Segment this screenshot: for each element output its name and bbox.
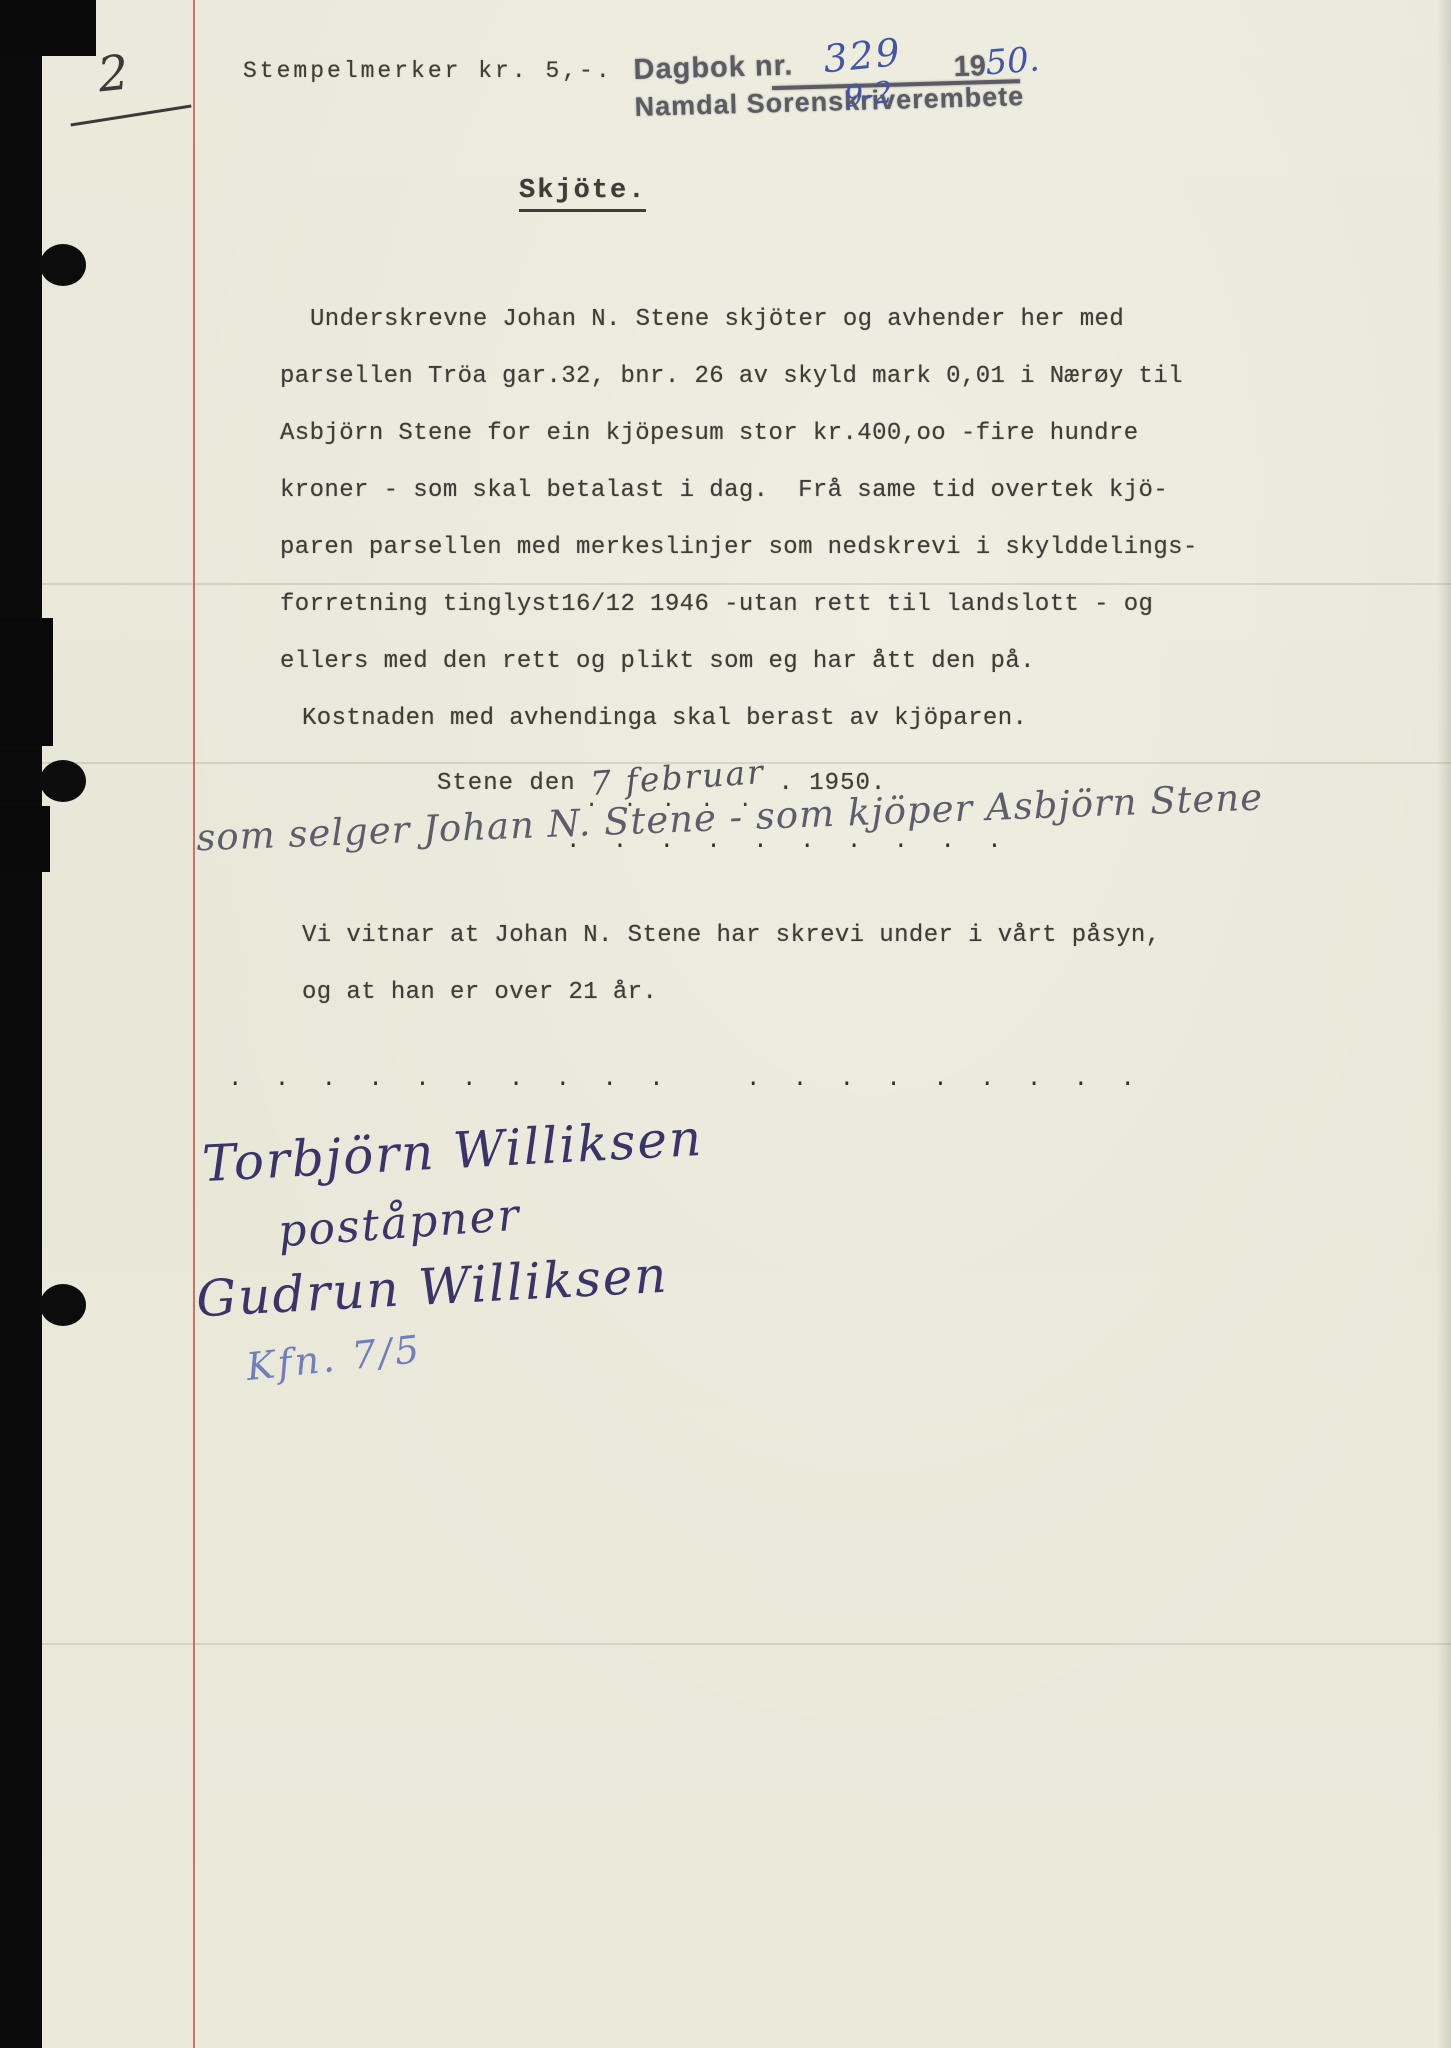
page-number: 2 — [95, 45, 131, 104]
party-dotted-line: . . . . . . . . . . — [566, 828, 1011, 855]
clerk-initials-note: Kfn. 7/5 — [244, 1327, 424, 1389]
paper-crease — [42, 1643, 1451, 1645]
stamp-duty-note: Stempelmerker kr. 5,-. — [243, 58, 613, 84]
witness2-signature: Gudrun Williksen — [195, 1246, 670, 1329]
hole-punch — [40, 760, 86, 802]
hole-punch — [40, 244, 86, 286]
hole-punch — [40, 1284, 86, 1326]
registry-stamp: Dagbok nr. 19 Namdal Sorenskriverembete … — [633, 34, 1065, 132]
paper-crease — [42, 583, 1451, 585]
body-line: Asbjörn Stene for ein kjöpesum stor kr.4… — [280, 420, 1139, 447]
witness-line: Vi vitnar at Johan N. Stene har skrevi u… — [280, 922, 1161, 949]
scanned-deed-page: 2 Stempelmerker kr. 5,-. Dagbok nr. 19 N… — [0, 0, 1451, 2048]
body-line: Underskrevne Johan N. Stene skjöter og a… — [280, 306, 1124, 333]
body-line: Kostnaden med avhendinga skal berast av … — [280, 705, 1027, 732]
signature-dotted-line-left: . . . . . . . . . . — [228, 1066, 673, 1093]
body-line: paren parsellen med merkeslinjer som ned… — [280, 534, 1198, 561]
signature-dotted-line-right: . . . . . . . . . — [746, 1066, 1144, 1093]
scan-corner-artifact — [0, 0, 96, 56]
stamp-entry-number: 329 — [821, 30, 903, 81]
scan-edge-artifact — [0, 806, 50, 872]
witness1-signature: Torbjörn Williksen — [201, 1109, 705, 1193]
stamp-year-prefix: 19 — [953, 50, 986, 84]
stamp-daybook-label: Dagbok nr. — [633, 50, 794, 87]
body-line: kroner - som skal betalast i dag. Frå sa… — [280, 477, 1168, 504]
stamp-office-name: Namdal Sorenskriverembete — [634, 81, 1024, 123]
page-number-underline — [71, 104, 192, 126]
document-title: Skjöte. — [519, 176, 646, 212]
red-margin-rule — [193, 0, 195, 2048]
scan-edge-artifact — [0, 618, 53, 746]
body-line: parsellen Tröa gar.32, bnr. 26 av skyld … — [280, 363, 1183, 390]
body-line: forretning tinglyst16/12 1946 -utan rett… — [280, 591, 1153, 618]
stamp-year-handwritten: 50. — [984, 39, 1041, 83]
body-line: ellers med den rett og plikt som eg har … — [280, 648, 1035, 675]
stamp-entry-date: 9-2 — [843, 75, 894, 115]
witness1-title: poståpner — [277, 1190, 523, 1258]
date-prefix: Stene den — [437, 770, 576, 797]
scan-binding-strip — [0, 0, 42, 2048]
scan-right-shadow — [1437, 0, 1451, 2048]
witness-line: og at han er over 21 år. — [280, 979, 657, 1006]
